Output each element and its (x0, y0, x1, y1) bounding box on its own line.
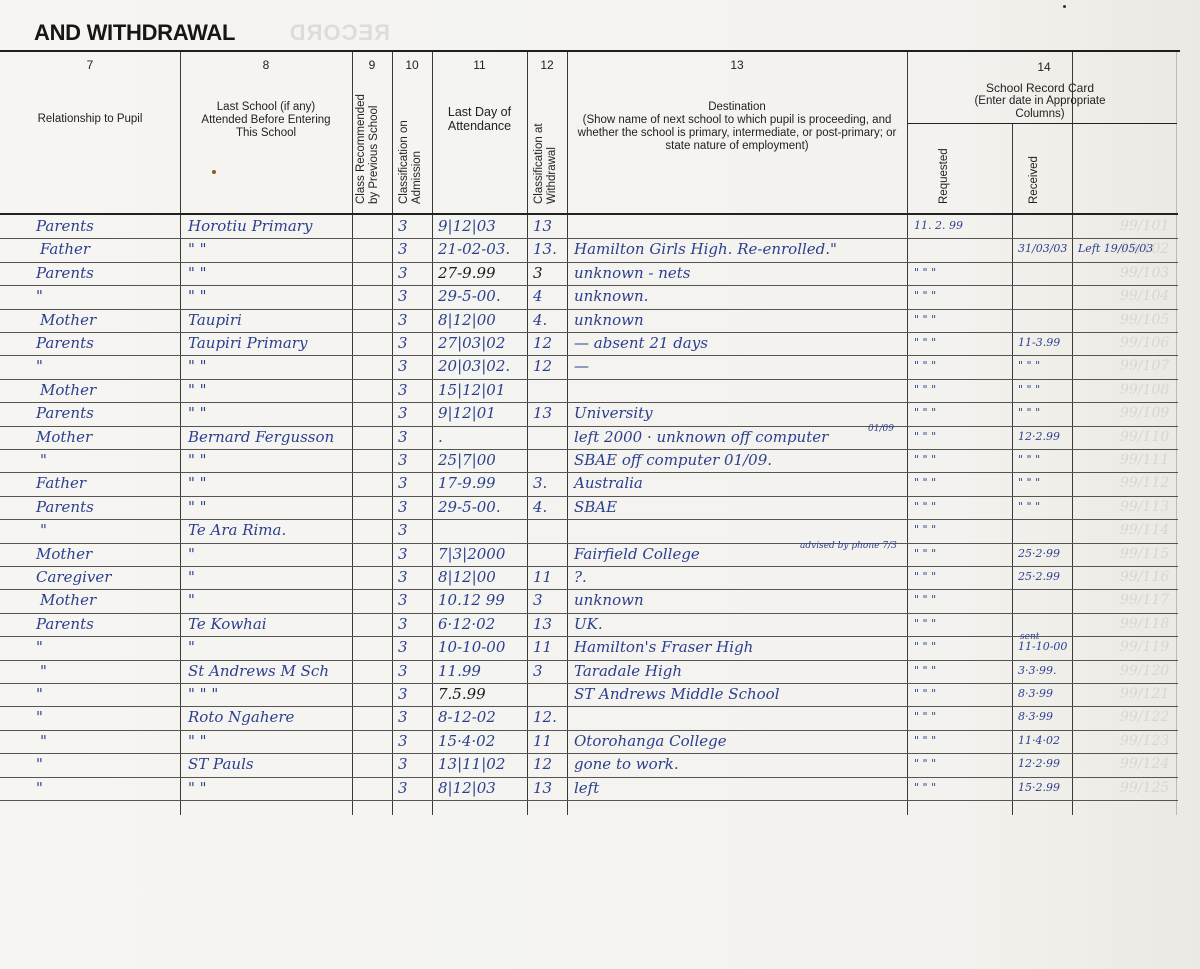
bleed-through-text: 99/123 (1120, 733, 1169, 749)
cell-received: 11·4·02 (1018, 730, 1060, 752)
cell-relationship: Parents (36, 215, 94, 237)
cell-relationship: Parents (36, 613, 94, 635)
cell-last-school: Roto Ngahere (188, 706, 294, 728)
row-rule (0, 355, 1178, 356)
cell-destination: ST Andrews Middle School (574, 683, 780, 705)
cell-last-school: " " (188, 379, 207, 401)
bleed-through-text: 99/116 (1120, 569, 1169, 585)
cell-received: " " " (1018, 496, 1040, 518)
cell-last-school: " " (188, 402, 207, 424)
col-12-header: Classification at Withdrawal (533, 86, 563, 204)
col-10-header: Classification on Admission (398, 86, 428, 204)
cell-last-school: " " (188, 355, 207, 377)
cell-last-school: " (188, 566, 195, 588)
col-8-header: Last School (if any) Attended Before Ent… (196, 101, 336, 140)
col-13-number: 13 (567, 58, 907, 72)
cell-relationship: Mother (36, 543, 92, 565)
cell-requested: " " " (914, 683, 936, 705)
col-8-number: 8 (180, 58, 352, 72)
bleed-through-text: 99/105 (1120, 312, 1169, 328)
cell-destination: — absent 21 days (574, 332, 708, 354)
cell-destination: Australia (574, 472, 643, 494)
cell-class-wd: 11 (533, 636, 552, 658)
cell-destination: unknown. (574, 285, 648, 307)
cell-last-day: 10.12 99 (438, 589, 505, 611)
cell-last-school: " " " (188, 683, 218, 705)
cell-class-wd: 3 (533, 660, 543, 682)
cell-last-school: Horotiu Primary (188, 215, 312, 237)
cell-class-adm: 3 (398, 355, 408, 377)
cell-requested: " " " (914, 402, 936, 424)
cell-destination: left 2000 · unknown off computer (574, 426, 828, 448)
cell-class-adm: 3 (398, 613, 408, 635)
cell-last-school: " " (188, 472, 207, 494)
cell-class-wd: 4. (533, 496, 547, 518)
cell-requested: " " " (914, 777, 936, 799)
cell-class-adm: 3 (398, 238, 408, 260)
cell-class-adm: 3 (398, 730, 408, 752)
bleed-through-text: 99/118 (1120, 616, 1169, 632)
cell-last-school: Te Kowhai (188, 613, 267, 635)
cell-last-day: 6·12·02 (438, 613, 495, 635)
bleed-through-text: 99/119 (1120, 639, 1169, 655)
cell-requested: " " " (914, 660, 936, 682)
cell-requested: " " " (914, 566, 936, 588)
cell-last-school: Te Ara Rima. (188, 519, 286, 541)
page-title: AND WITHDRAWAL (34, 20, 235, 46)
cell-last-day: 11.99 (438, 660, 481, 682)
cell-last-day: 9|12|03 (438, 215, 496, 237)
bleed-through-text: 99/108 (1120, 382, 1169, 398)
col-14-subheader: (Enter date in Appropriate Columns) (960, 95, 1120, 121)
cell-relationship: " (36, 285, 43, 307)
cell-requested: " " " (914, 285, 936, 307)
col-13-subheader: (Show name of next school to which pupil… (577, 114, 897, 153)
cell-last-school: ST Pauls (188, 753, 254, 775)
cell-destination: — (574, 355, 589, 377)
cell-received: 12·2.99 (1018, 426, 1060, 448)
received-header: Received (1028, 128, 1052, 204)
cell-class-adm: 3 (398, 215, 408, 237)
bleed-through-text: 99/117 (1120, 592, 1169, 608)
cell-relationship: " (36, 355, 43, 377)
cell-last-day: 25|7|00 (438, 449, 496, 471)
cell-received: " " " (1018, 379, 1040, 401)
cell-class-wd: 13 (533, 215, 552, 237)
cell-last-school: Bernard Fergusson (188, 426, 334, 448)
cell-destination: left (574, 777, 599, 799)
cell-destination: Hamilton's Fraser High (574, 636, 753, 658)
cell-received: 8·3·99 (1018, 683, 1053, 705)
cell-class-adm: 3 (398, 262, 408, 284)
cell-last-day: 9|12|01 (438, 402, 496, 424)
col-9-number: 9 (352, 58, 392, 72)
received-note: sent (1020, 632, 1039, 642)
bleed-through-text: 99/121 (1120, 686, 1169, 702)
cell-last-day: . (438, 426, 443, 448)
cell-relationship: " (36, 706, 43, 728)
bleed-through-text: 99/107 (1120, 358, 1169, 374)
cell-received: 31/03/03 (1018, 238, 1067, 260)
bleed-through-text: 99/115 (1120, 546, 1169, 562)
column-rule (180, 52, 181, 815)
cell-requested: " " " (914, 589, 936, 611)
cell-last-day: 13|11|02 (438, 753, 505, 775)
cell-requested: " " " (914, 379, 936, 401)
received-column-rule (1012, 123, 1013, 815)
cell-requested: " " " (914, 519, 936, 541)
bleed-through-text: 99/103 (1120, 265, 1169, 281)
cell-relationship: Parents (36, 262, 94, 284)
row-rule (0, 379, 1178, 380)
cell-class-adm: 3 (398, 566, 408, 588)
cell-last-school: " " (188, 285, 207, 307)
cell-last-school: " " (188, 496, 207, 518)
cell-relationship: Mother (36, 426, 92, 448)
cell-relationship: Mother (40, 589, 96, 611)
cell-last-school: " " (188, 262, 207, 284)
cell-last-school: " " (188, 777, 207, 799)
cell-last-day: 15|12|01 (438, 379, 505, 401)
bleed-through-text: 99/106 (1120, 335, 1169, 351)
bleed-through-text: 99/113 (1120, 499, 1169, 515)
cell-class-adm: 3 (398, 332, 408, 354)
requested-header: Requested (938, 128, 962, 204)
cell-last-day: 20|03|02. (438, 355, 510, 377)
cell-class-adm: 3 (398, 683, 408, 705)
cell-last-school: " " (188, 449, 207, 471)
cell-last-day: 27|03|02 (438, 332, 505, 354)
cell-class-adm: 3 (398, 589, 408, 611)
col-14-number: 14 (912, 60, 1176, 74)
cell-requested: " " " (914, 753, 936, 775)
cell-last-school: " (188, 543, 195, 565)
cell-destination: Hamilton Girls High. Re-enrolled." (574, 238, 837, 260)
col-10-number: 10 (392, 58, 432, 72)
cell-class-adm: 3 (398, 309, 408, 331)
col-11-number: 11 (432, 58, 527, 72)
cell-class-wd: 13. (533, 238, 557, 260)
bleed-through-text: 99/125 (1120, 780, 1169, 796)
cell-destination: unknown - nets (574, 262, 690, 284)
cell-received: " " " (1018, 355, 1040, 377)
cell-last-day: 17-9.99 (438, 472, 496, 494)
cell-received: " " " (1018, 402, 1040, 424)
cell-last-day: 7|3|2000 (438, 543, 505, 565)
cell-requested: " " " (914, 496, 936, 518)
header-bottom-rule (0, 213, 1178, 215)
col-7-header: Relationship to Pupil (20, 113, 160, 126)
cell-last-school: Taupiri Primary (188, 332, 307, 354)
cell-received: 3·3·99. (1018, 660, 1056, 682)
column-rule (1176, 52, 1177, 815)
cell-requested: " " " (914, 472, 936, 494)
cell-class-wd: 11 (533, 566, 552, 588)
cell-class-adm: 3 (398, 285, 408, 307)
col-12-number: 12 (527, 58, 567, 72)
cell-class-wd: 3. (533, 472, 547, 494)
cell-class-adm: 3 (398, 496, 408, 518)
cell-relationship: " (40, 449, 47, 471)
bleed-through-text: 99/104 (1120, 288, 1169, 304)
row-rule (0, 706, 1178, 707)
ledger-page: RECORD AND WITHDRAWAL 7 Relationship to … (0, 0, 1200, 969)
cell-last-day: 29-5-00. (438, 285, 501, 307)
cell-relationship: " (40, 519, 47, 541)
cell-requested: " " " (914, 543, 936, 565)
cell-class-adm: 3 (398, 449, 408, 471)
cell-received: 25·2·99 (1018, 543, 1060, 565)
cell-last-day: 8|12|00 (438, 566, 496, 588)
cell-class-wd: 3 (533, 589, 543, 611)
cell-relationship: Caregiver (36, 566, 111, 588)
bleed-through-text: 99/112 (1120, 475, 1169, 491)
cell-last-day: 15·4·02 (438, 730, 495, 752)
cell-relationship: Parents (36, 332, 94, 354)
col-14-header-rule (907, 123, 1177, 124)
cell-last-day: 21-02-03. (438, 238, 510, 260)
destination-note: 01/09 (868, 424, 894, 434)
ghost-title: RECORD (289, 20, 390, 46)
bleed-through-text: 99/101 (1120, 218, 1169, 234)
cell-class-wd: 12 (533, 355, 552, 377)
cell-last-school: " " (188, 238, 207, 260)
cell-destination: unknown (574, 589, 644, 611)
cell-class-wd: 13 (533, 402, 552, 424)
cell-relationship: " (36, 683, 43, 705)
cell-class-adm: 3 (398, 426, 408, 448)
cell-received: 15·2.99 (1018, 777, 1060, 799)
cell-last-day: 10-10-00 (438, 636, 505, 658)
cell-last-school: St Andrews M Sch (188, 660, 329, 682)
cell-relationship: " (40, 660, 47, 682)
cell-requested: " " " (914, 449, 936, 471)
cell-class-adm: 3 (398, 753, 408, 775)
cell-last-school: " " (188, 730, 207, 752)
cell-class-adm: 3 (398, 379, 408, 401)
cell-class-wd: 4 (533, 285, 543, 307)
cell-relationship: " (40, 730, 47, 752)
bleed-through-text: 99/114 (1120, 522, 1169, 538)
ink-dot (1063, 5, 1066, 8)
cell-class-adm: 3 (398, 706, 408, 728)
cell-class-adm: 3 (398, 402, 408, 424)
cell-requested: " " " (914, 262, 936, 284)
bleed-through-text: 99/110 (1120, 429, 1169, 445)
cell-relationship: Mother (40, 309, 96, 331)
col-11-header: Last Day of Attendance (436, 105, 523, 133)
cell-relationship: Parents (36, 496, 94, 518)
cell-relationship: Father (40, 238, 90, 260)
cell-class-wd: 12. (533, 706, 557, 728)
cell-class-wd: 13 (533, 777, 552, 799)
row-rule (0, 519, 1178, 520)
cell-destination: ?. (574, 566, 587, 588)
destination-note: advised by phone 7/3 (800, 541, 897, 551)
cell-requested: " " " (914, 636, 936, 658)
cell-received: " " " (1018, 449, 1040, 471)
cell-destination: Taradale High (574, 660, 682, 682)
cell-requested: " " " (914, 706, 936, 728)
cell-last-day: 29-5-00. (438, 496, 501, 518)
cell-class-adm: 3 (398, 660, 408, 682)
cell-requested: " " " (914, 355, 936, 377)
cell-relationship: Father (36, 472, 86, 494)
cell-class-wd: 12 (533, 332, 552, 354)
cell-class-wd: 12 (533, 753, 552, 775)
cell-destination: unknown (574, 309, 644, 331)
cell-last-day: 8-12-02 (438, 706, 496, 728)
col-9-header: Class Recommended by Previous School (355, 86, 387, 204)
col-7-number: 7 (0, 58, 180, 72)
cell-requested: 11. 2. 99 (914, 215, 963, 237)
cell-relationship: Parents (36, 402, 94, 424)
cell-class-wd: 11 (533, 730, 552, 752)
cell-last-school: " (188, 589, 195, 611)
bleed-through-text: 99/120 (1120, 663, 1169, 679)
cell-relationship: " (36, 777, 43, 799)
cell-last-school: Taupiri (188, 309, 242, 331)
cell-received: " " " (1018, 472, 1040, 494)
cell-destination: UK. (574, 613, 603, 635)
cell-class-adm: 3 (398, 636, 408, 658)
column-rule (392, 52, 393, 815)
cell-class-adm: 3 (398, 777, 408, 799)
cell-destination: Fairfield College (574, 543, 700, 565)
paper-stain (212, 170, 216, 174)
cell-requested: " " " (914, 730, 936, 752)
cell-requested: " " " (914, 613, 936, 635)
cell-received: 8·3·99 (1018, 706, 1053, 728)
cell-received: 25·2.99 (1018, 566, 1060, 588)
cell-last-day: 7.5.99 (438, 683, 486, 705)
cell-received: 11-3.99 (1018, 332, 1060, 354)
cell-relationship: " (36, 636, 43, 658)
cell-class-adm: 3 (398, 472, 408, 494)
bleed-through-text: 99/109 (1120, 405, 1169, 421)
header-top-rule (0, 50, 1180, 52)
column-rule (527, 52, 528, 815)
cell-received: 12·2·99 (1018, 753, 1060, 775)
cell-relationship: " (36, 753, 43, 775)
bleed-through-text: 99/122 (1120, 709, 1169, 725)
cell-last-day: 8|12|03 (438, 777, 496, 799)
cell-extra-note: Left 19/05/03 (1078, 238, 1153, 260)
row-rule (0, 800, 1178, 801)
cell-class-wd: 13 (533, 613, 552, 635)
column-rule (432, 52, 433, 815)
cell-destination: University (574, 402, 653, 424)
cell-class-adm: 3 (398, 543, 408, 565)
col-14-header: School Record Card (960, 82, 1120, 95)
cell-destination: SBAE (574, 496, 617, 518)
bleed-through-text: 99/124 (1120, 756, 1169, 772)
column-rule (1072, 52, 1073, 815)
cell-last-school: " (188, 636, 195, 658)
bleed-through-text: 99/111 (1120, 452, 1169, 468)
col-13-header: Destination (567, 101, 907, 114)
column-rule (907, 52, 908, 815)
cell-requested: " " " (914, 309, 936, 331)
row-rule (0, 566, 1178, 567)
cell-relationship: Mother (40, 379, 96, 401)
cell-destination: gone to work. (574, 753, 679, 775)
cell-destination: Otorohanga College (574, 730, 727, 752)
column-rule (567, 52, 568, 815)
cell-last-day: 8|12|00 (438, 309, 496, 331)
cell-requested: " " " (914, 332, 936, 354)
cell-last-day: 27-9.99 (438, 262, 496, 284)
cell-class-wd: 4. (533, 309, 547, 331)
cell-class-adm: 3 (398, 519, 408, 541)
cell-destination: SBAE off computer 01/09. (574, 449, 772, 471)
cell-class-wd: 3 (533, 262, 543, 284)
cell-requested: " " " (914, 426, 936, 448)
column-rule (352, 52, 353, 815)
